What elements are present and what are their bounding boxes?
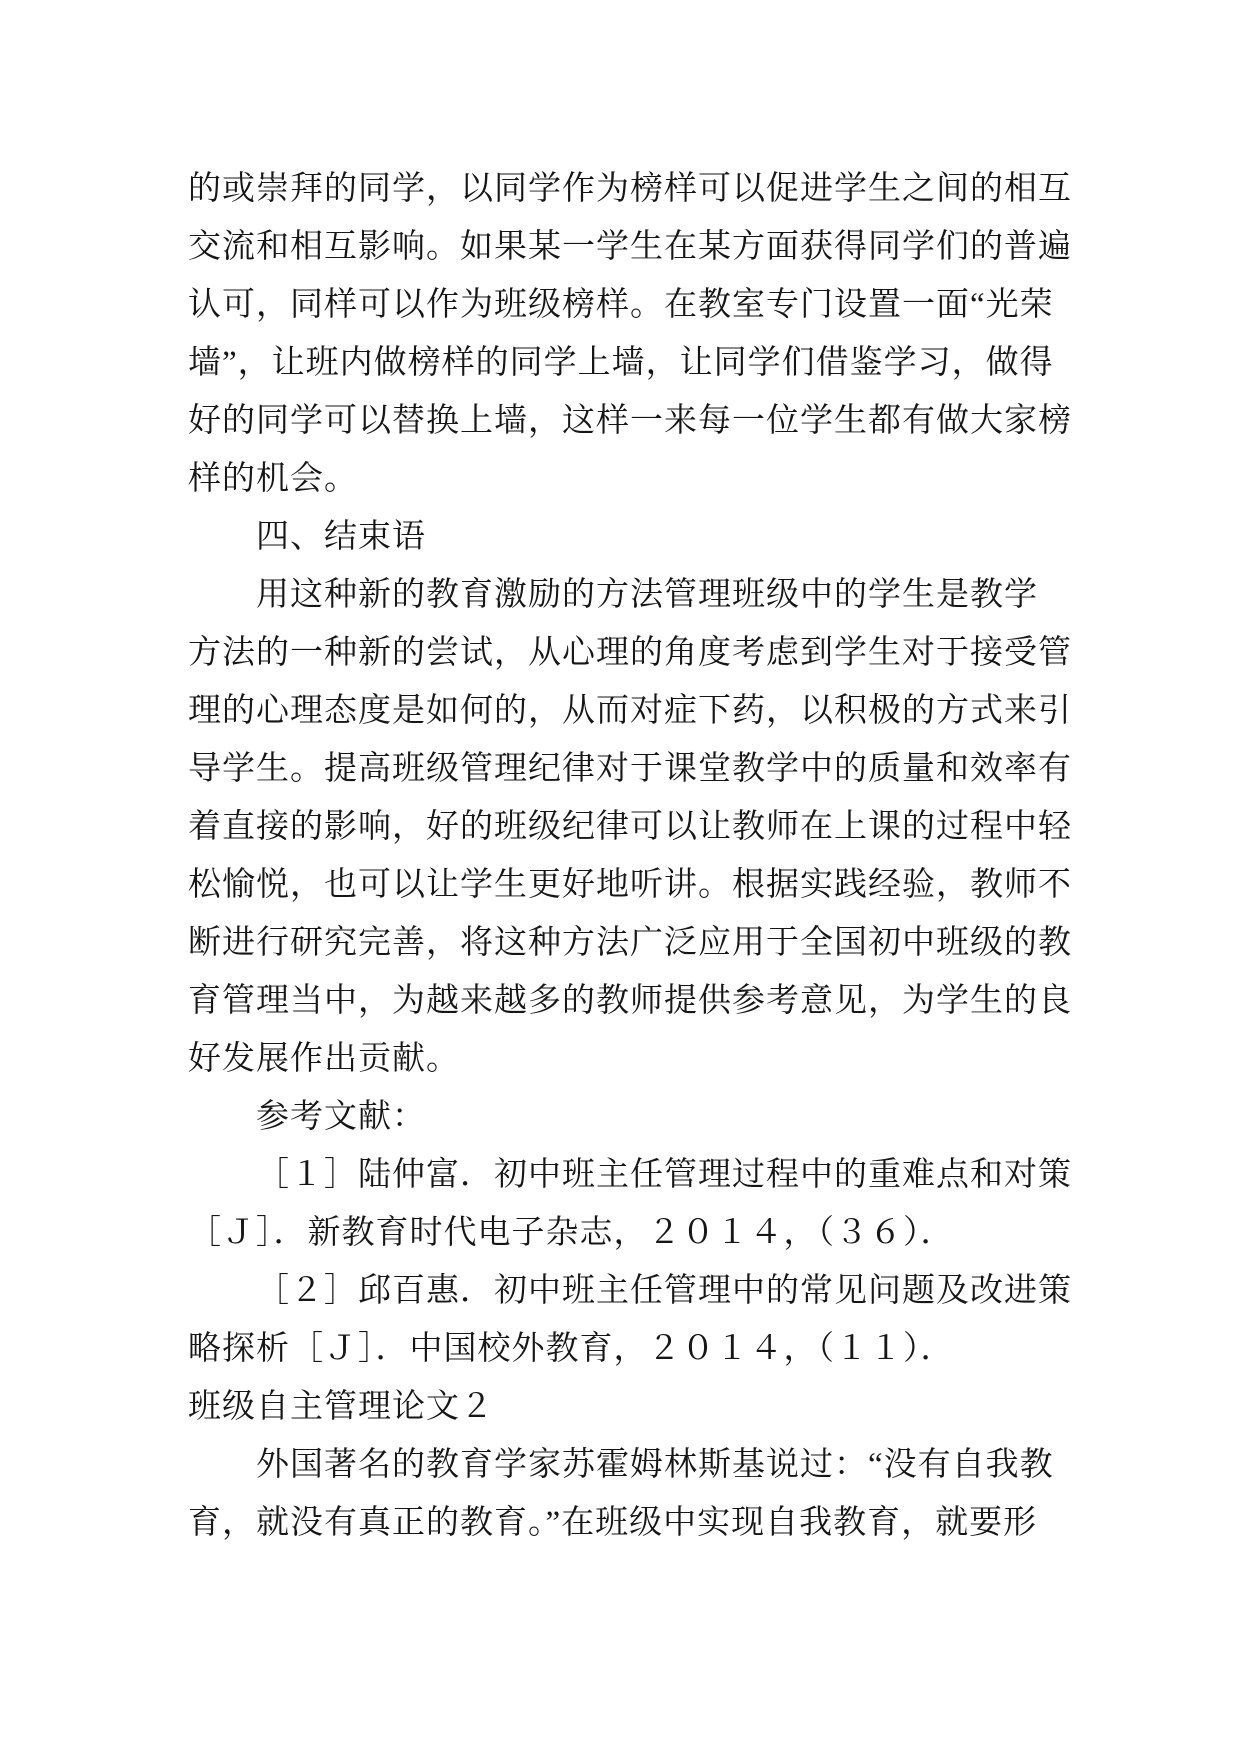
document-text-block: 的或崇拜的同学，以同学作为榜样可以促进学生之间的相互交流和相互影响。如果某一学生… <box>188 160 1068 1552</box>
text-line: 交流和相互影响。如果某一学生在某方面获得同学们的普遍 <box>188 218 1068 276</box>
text-line: 的或崇拜的同学，以同学作为榜样可以促进学生之间的相互 <box>188 160 1068 218</box>
text-line: 略探析［Ｊ］．中国校外教育，２０１４，（１１）． <box>188 1320 1068 1378</box>
text-line: 方法的一种新的尝试，从心理的角度考虑到学生对于接受管 <box>188 624 1068 682</box>
paragraph-3-body: 用这种新的教育激励的方法管理班级中的学生是教学方法的一种新的尝试，从心理的角度考… <box>188 566 1068 1088</box>
paragraph-7-article-subtitle: 班级自主管理论文２ <box>188 1378 1068 1436</box>
paragraph-4-references-heading: 参考文献： <box>188 1088 1068 1146</box>
text-line: ［１］陆仲富．初中班主任管理过程中的重难点和对策 <box>188 1146 1068 1204</box>
document-page: 的或崇拜的同学，以同学作为榜样可以促进学生之间的相互交流和相互影响。如果某一学生… <box>0 0 1241 1754</box>
text-line: 墙”，让班内做榜样的同学上墙，让同学们借鉴学习，做得 <box>188 334 1068 392</box>
text-line: 理的心理态度是如何的，从而对症下药，以积极的方式来引 <box>188 682 1068 740</box>
paragraph-2-section-heading: 四、结束语 <box>188 508 1068 566</box>
text-line: 用这种新的教育激励的方法管理班级中的学生是教学 <box>188 566 1068 624</box>
text-line: 导学生。提高班级管理纪律对于课堂教学中的质量和效率有 <box>188 740 1068 798</box>
text-line: 断进行研究完善，将这种方法广泛应用于全国初中班级的教 <box>188 914 1068 972</box>
text-line: 参考文献： <box>188 1088 1068 1146</box>
text-line: 班级自主管理论文２ <box>188 1378 1068 1436</box>
paragraph-6-reference-item: ［２］邱百惠．初中班主任管理中的常见问题及改进策略探析［Ｊ］．中国校外教育，２０… <box>188 1262 1068 1378</box>
text-line: 好的同学可以替换上墙，这样一来每一位学生都有做大家榜 <box>188 392 1068 450</box>
paragraph-1-body-continued: 的或崇拜的同学，以同学作为榜样可以促进学生之间的相互交流和相互影响。如果某一学生… <box>188 160 1068 508</box>
paragraph-8-body: 外国著名的教育学家苏霍姆林斯基说过：“没有自我教育，就没有真正的教育。”在班级中… <box>188 1436 1068 1552</box>
text-line: 育，就没有真正的教育。”在班级中实现自我教育，就要形 <box>188 1494 1068 1552</box>
text-line: 松愉悦，也可以让学生更好地听讲。根据实践经验，教师不 <box>188 856 1068 914</box>
text-line: 四、结束语 <box>188 508 1068 566</box>
text-line: 好发展作出贡献。 <box>188 1030 1068 1088</box>
text-line: 着直接的影响，好的班级纪律可以让教师在上课的过程中轻 <box>188 798 1068 856</box>
text-line: ［２］邱百惠．初中班主任管理中的常见问题及改进策 <box>188 1262 1068 1320</box>
text-line: 育管理当中，为越来越多的教师提供参考意见，为学生的良 <box>188 972 1068 1030</box>
text-line: ［Ｊ］．新教育时代电子杂志，２０１４，（３６）． <box>188 1204 1068 1262</box>
text-line: 认可，同样可以作为班级榜样。在教室专门设置一面“光荣 <box>188 276 1068 334</box>
text-line: 样的机会。 <box>188 450 1068 508</box>
paragraph-5-reference-item: ［１］陆仲富．初中班主任管理过程中的重难点和对策［Ｊ］．新教育时代电子杂志，２０… <box>188 1146 1068 1262</box>
text-line: 外国著名的教育学家苏霍姆林斯基说过：“没有自我教 <box>188 1436 1068 1494</box>
